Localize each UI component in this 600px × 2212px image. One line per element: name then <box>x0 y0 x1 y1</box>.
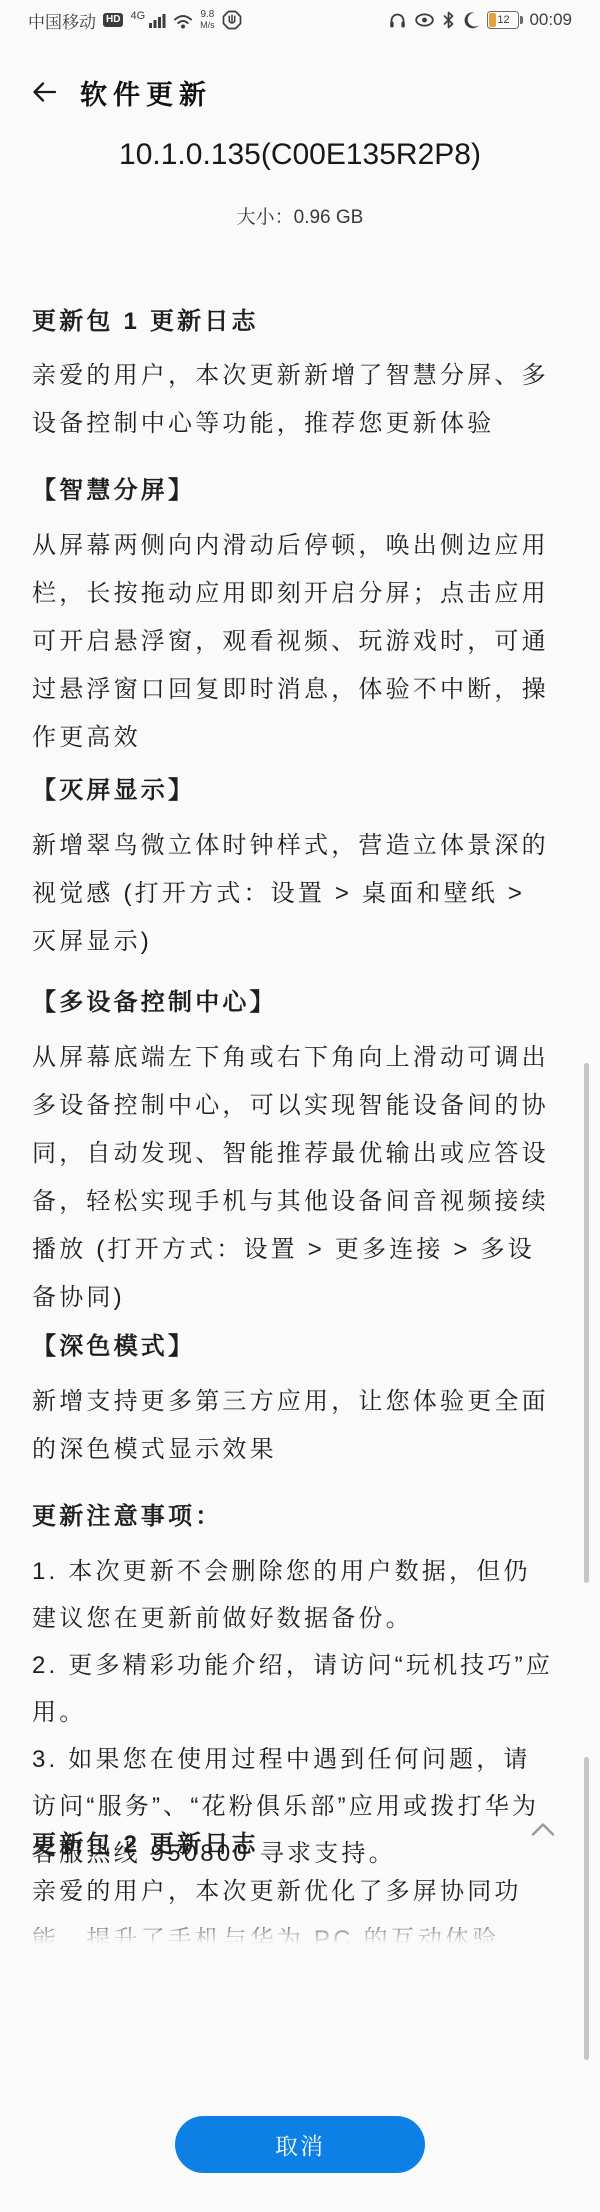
section-body-multidevice-center: 从屏幕底端左下角或右下角向上滑动可调出多设备控制中心，可以实现智能设备间的协同，… <box>32 1034 554 1322</box>
wifi-icon <box>173 12 193 29</box>
update-notes-title: 更新注意事项： <box>32 1500 554 1534</box>
section-heading-always-on-display: 【灭屏显示】 <box>32 774 554 808</box>
battery-icon: 12 <box>487 11 519 29</box>
section-heading-multidevice-center: 【多设备控制中心】 <box>32 986 554 1020</box>
battery-percent: 12 <box>497 14 509 26</box>
bottom-fade <box>0 1912 600 1950</box>
eye-comfort-icon <box>414 12 435 28</box>
version-text: 10.1.0.135(C00E135R2P8) <box>0 138 600 172</box>
status-right: 12 00:09 <box>388 10 572 30</box>
status-left: 中国移动 HD 4G 9.8 M/s <box>28 8 242 33</box>
network-speed-indicator: 9.8 M/s <box>200 10 215 30</box>
section-heading-smart-splitscreen: 【智慧分屏】 <box>32 474 554 508</box>
clock-label: 00:09 <box>529 10 572 30</box>
headset-icon <box>388 11 407 29</box>
hd-icon: HD <box>103 13 123 27</box>
scrollbar-upper[interactable] <box>584 1063 589 1583</box>
section-body-always-on-display: 新增翠鸟微立体时钟样式，营造立体景深的视觉感 (打开方式：设置 > 桌面和壁纸 … <box>32 822 554 966</box>
app-header: 软件更新 <box>0 62 600 122</box>
section-body-smart-splitscreen: 从屏幕两侧向内滑动后停顿，唤出侧边应用栏，长按拖动应用即刻开启分屏；点击应用可开… <box>32 522 554 762</box>
4g-network-label: 4G <box>130 10 145 22</box>
update-note-1: 1. 本次更新不会删除您的用户数据，但仍建议您在更新前做好数据备份。 <box>32 1548 554 1642</box>
back-arrow-icon <box>30 79 58 105</box>
changelog1-title: 更新包 1 更新日志 <box>32 305 554 339</box>
mistouch-prevention-icon <box>222 10 242 30</box>
update-note-2: 2. 更多精彩功能介绍，请访问“玩机技巧”应用。 <box>32 1642 554 1736</box>
size-text: 大小：0.96 GB <box>0 202 600 229</box>
signal-bars-icon <box>148 12 166 28</box>
chevron-up-icon <box>530 1822 556 1837</box>
changelog1-intro: 亲爱的用户，本次更新新增了智慧分屏、多设备控制中心等功能，推荐您更新体验 <box>32 352 554 448</box>
carrier-label: 中国移动 <box>28 8 96 33</box>
page-title: 软件更新 <box>80 73 212 112</box>
cancel-button[interactable]: 取消 <box>175 2116 425 2173</box>
section-body-dark-mode: 新增支持更多第三方应用，让您体验更全面的深色模式显示效果 <box>32 1378 554 1474</box>
scrollbar-lower[interactable] <box>584 1757 589 2060</box>
night-mode-icon <box>462 11 480 29</box>
battery-fill <box>489 13 496 27</box>
battery-nub <box>520 16 523 24</box>
changelog2-title: 更新包 2 更新日志 <box>32 1824 259 1859</box>
bluetooth-icon <box>442 11 455 29</box>
status-bar: 中国移动 HD 4G 9.8 M/s <box>0 0 600 40</box>
collapse-section-button[interactable] <box>526 1818 560 1841</box>
section-heading-dark-mode: 【深色模式】 <box>32 1330 554 1364</box>
back-button[interactable] <box>30 79 58 105</box>
